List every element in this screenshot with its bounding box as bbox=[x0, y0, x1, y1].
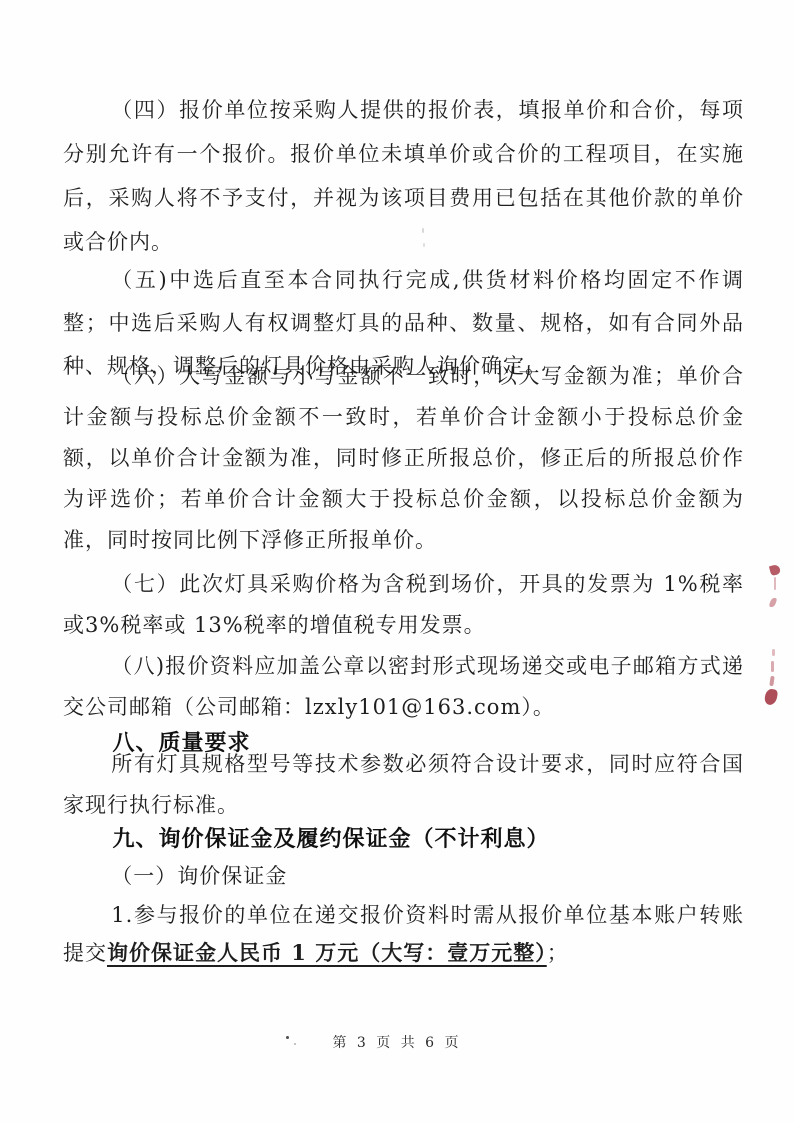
red-ink-mark-blob-top bbox=[769, 564, 781, 576]
paragraph-item-4: （四）报价单位按采购人提供的报价表，填报单价和合价，每项分别允许有一个报价。报价… bbox=[63, 88, 744, 264]
red-ink-mark-small bbox=[768, 598, 777, 607]
red-ink-mark-dash-2 bbox=[771, 661, 774, 672]
red-ink-mark-dash-1 bbox=[772, 649, 775, 656]
paragraph-deposit-subheading: （一）询价保证金 bbox=[63, 862, 744, 890]
red-ink-mark-stroke-1 bbox=[774, 577, 776, 590]
deposit-amount-underlined: 询价保证金人民币 1 万元（大写：壹万元整） bbox=[107, 940, 547, 965]
deposit-terms-suffix: ； bbox=[547, 941, 569, 965]
paragraph-quality-body: 所有灯具规格型号等技术参数必须符合设计要求，同时应符合国家现行执行标准。 bbox=[63, 744, 744, 826]
red-ink-mark-dash-3 bbox=[769, 676, 774, 686]
scan-speck-3 bbox=[422, 228, 424, 233]
scan-speck-4 bbox=[423, 243, 425, 247]
paragraph-item-7: （七）此次灯具采购价格为含税到场价，开具的发票为 1%税率或3%税率或 13%税… bbox=[63, 564, 744, 646]
page-number-footer: 第 3 页 共 6 页 bbox=[0, 1032, 794, 1052]
paragraph-deposit-terms: 1.参与报价的单位在递交报价资料时需从报价单位基本账户转账提交询价保证金人民币 … bbox=[63, 896, 744, 972]
red-ink-mark-blob-bottom bbox=[764, 688, 779, 706]
paragraph-item-8: （八)报价资料应加盖公章以密封形式现场递交或电子邮箱方式递交公司邮箱（公司邮箱：… bbox=[63, 646, 744, 728]
section-heading-deposit: 九、询价保证金及履约保证金（不计利息） bbox=[63, 826, 744, 854]
scanned-document-page: （四）报价单位按采购人提供的报价表，填报单价和合价，每项分别允许有一个报价。报价… bbox=[0, 0, 794, 1123]
paragraph-item-6: （六）大写金额与小写金额不一致时，以大写金额为准；单价合计金额与投标总价金额不一… bbox=[63, 356, 744, 561]
